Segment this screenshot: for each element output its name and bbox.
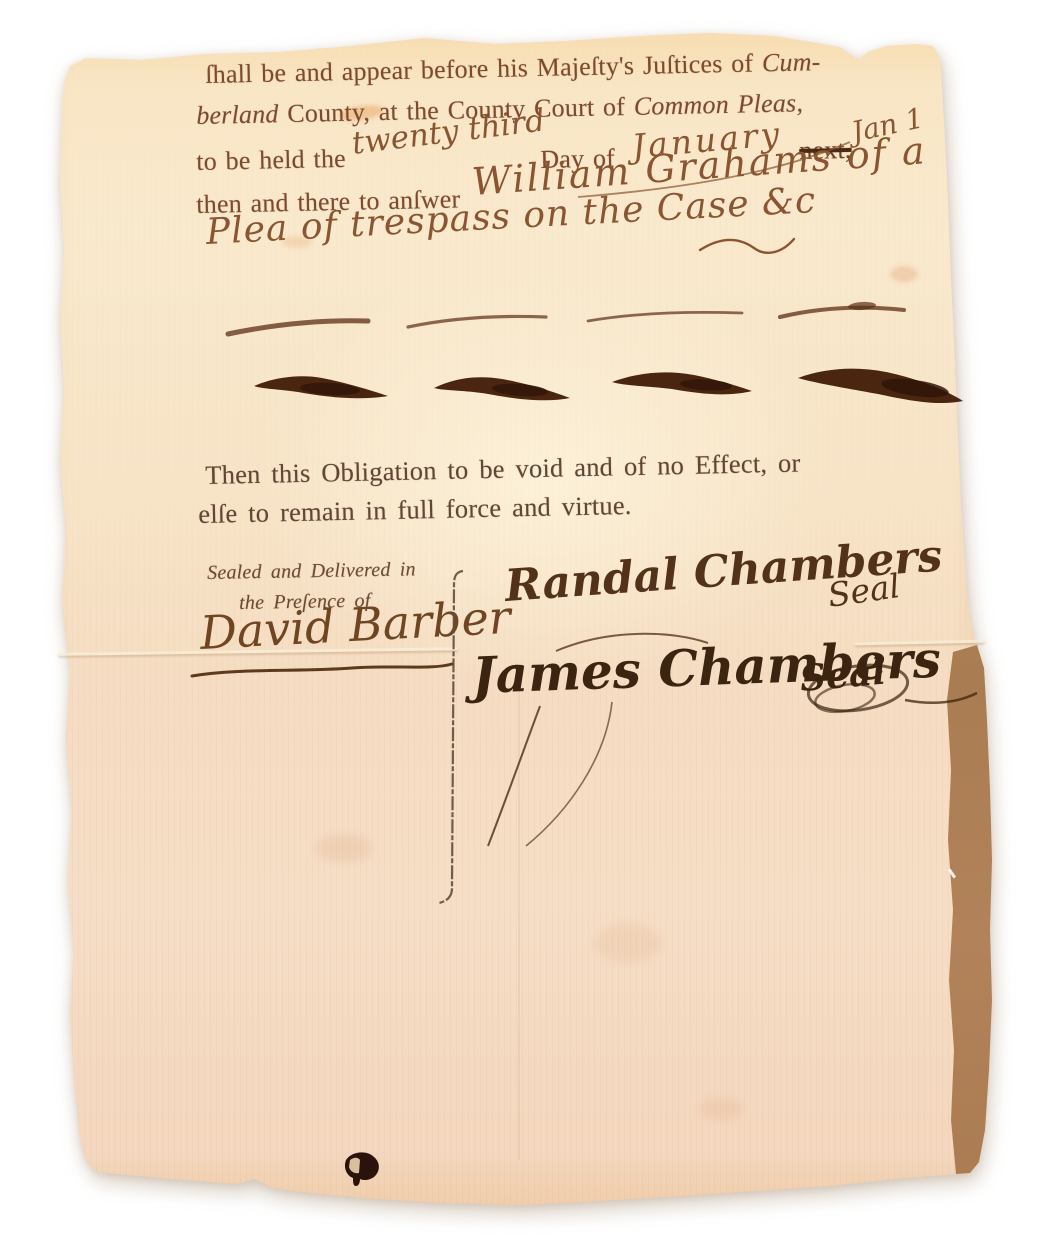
center-crease [518,690,520,1160]
seal-annotation-2: Seal [798,651,887,700]
printed-line-1-italic: Cum- [762,47,821,77]
document-photo: ſhall be and appear before his Majeſty's… [0,0,1046,1255]
stain-spot [316,834,372,862]
stain-spot [890,266,918,282]
printed-to-be-held: to be held the [196,144,346,177]
stain-spot [700,1098,742,1120]
witness-caption-line-1: Sealed and Delivered in [207,558,416,585]
printed-line-2-italic-a: berland [196,99,279,130]
stain-spot [596,924,660,962]
